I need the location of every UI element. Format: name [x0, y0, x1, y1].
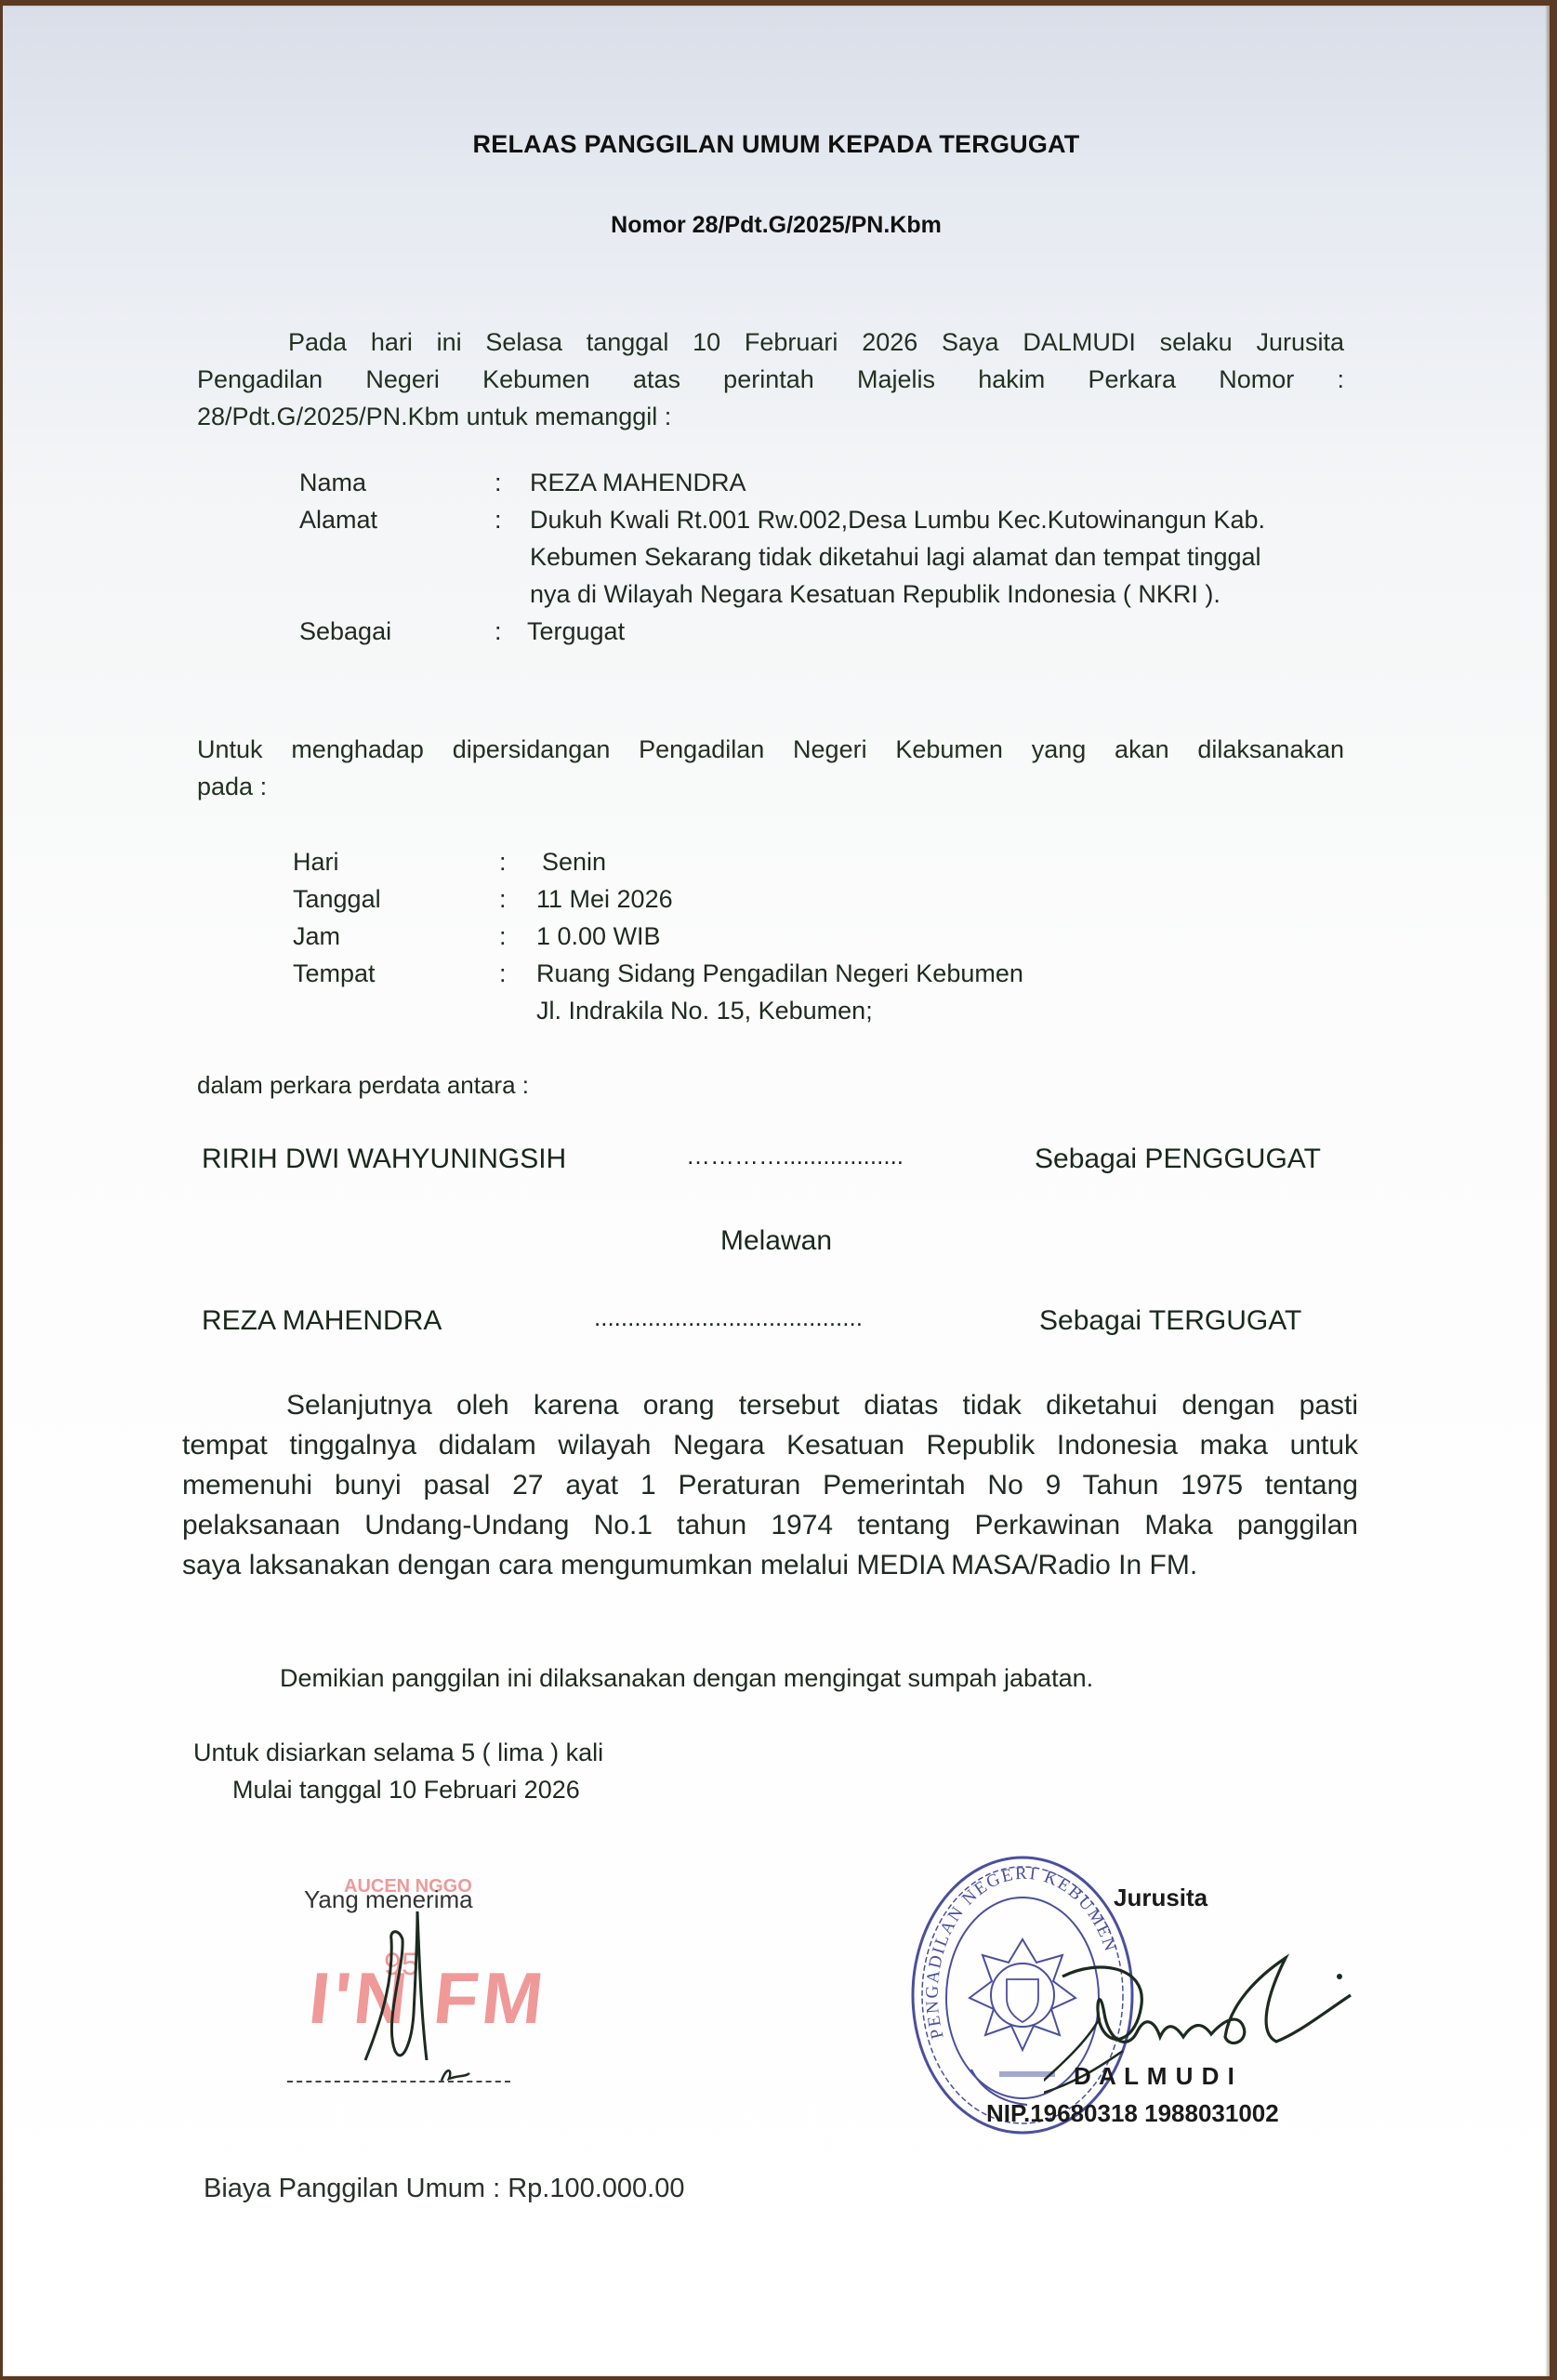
value-tanggal: 11 Mei 2026	[536, 885, 673, 914]
value-tempat-line: Ruang Sidang Pengadilan Negeri Kebumen	[536, 959, 1023, 988]
broadcast-start: Mulai tanggal 10 Februari 2026	[232, 1776, 580, 1805]
body-line: saya laksanakan dengan cara mengumumkan …	[182, 1545, 1197, 1585]
closing-statement: Demikian panggilan ini dilaksanakan deng…	[280, 1664, 1093, 1693]
value-sebagai: Tergugat	[527, 617, 625, 646]
hearing-intro-line: pada :	[197, 768, 267, 806]
receiver-signature-icon	[337, 1902, 486, 2088]
colon: :	[499, 922, 507, 951]
label-hari: Hari	[293, 848, 339, 877]
body-line: memenuhi bunyi pasal 27 ayat 1 Peraturan…	[182, 1465, 1358, 1505]
body-line: pelaksanaan Undang-Undang No.1 tahun 197…	[182, 1505, 1358, 1545]
colon: :	[495, 617, 502, 646]
label-tanggal: Tanggal	[293, 885, 381, 914]
document-page: RELAAS PANGGILAN UMUM KEPADA TERGUGAT No…	[3, 6, 1550, 2376]
plaintiff-name: RIRIH DWI WAHYUNINGSIH	[202, 1144, 566, 1175]
colon: :	[495, 506, 502, 535]
opening-line: Pengadilan Negeri Kebumen atas perintah …	[197, 361, 1344, 399]
defendant-name: REZA MAHENDRA	[202, 1305, 442, 1337]
value-tempat-line: Jl. Indrakila No. 15, Kebumen;	[536, 997, 873, 1025]
broadcast-count: Untuk disiarkan selama 5 ( lima ) kali	[193, 1739, 603, 1767]
colon: :	[495, 469, 502, 497]
defendant-dots: ........................................	[594, 1303, 863, 1332]
hearing-intro-line: Untuk menghadap dipersidangan Pengadilan…	[197, 731, 1344, 769]
label-jam: Jam	[293, 922, 340, 951]
colon: :	[499, 848, 507, 877]
plaintiff-role: Sebagai PENGGUGAT	[1035, 1144, 1321, 1175]
defendant-role: Sebagai TERGUGAT	[1039, 1305, 1301, 1337]
officer-label: Jurusita	[1114, 1884, 1207, 1912]
value-alamat-line: Dukuh Kwali Rt.001 Rw.002,Desa Lumbu Kec…	[530, 506, 1265, 535]
value-nama: REZA MAHENDRA	[530, 469, 746, 497]
plaintiff-dots: …………..................	[686, 1142, 904, 1170]
document-title: RELAAS PANGGILAN UMUM KEPADA TERGUGAT	[3, 130, 1550, 159]
opening-line: 28/Pdt.G/2025/PN.Kbm untuk memanggil :	[197, 398, 671, 436]
officer-nip: NIP.19680318 1988031002	[986, 2099, 1279, 2128]
label-nama: Nama	[299, 469, 366, 497]
case-number: Nomor 28/Pdt.G/2025/PN.Kbm	[3, 212, 1550, 239]
colon: :	[499, 959, 507, 988]
colon: :	[499, 885, 507, 914]
label-alamat: Alamat	[299, 506, 377, 535]
body-line: tempat tinggalnya didalam wilayah Negara…	[182, 1425, 1358, 1465]
value-alamat-line: Kebumen Sekarang tidak diketahui lagi al…	[530, 543, 1261, 572]
label-sebagai: Sebagai	[299, 617, 391, 646]
value-alamat-line: nya di Wilayah Negara Kesatuan Republik …	[530, 580, 1221, 609]
body-line: Selanjutnya oleh karena orang tersebut d…	[286, 1385, 1358, 1425]
opening-line: Pada hari ini Selasa tanggal 10 Februari…	[288, 324, 1344, 362]
value-jam: 1 0.00 WIB	[536, 922, 661, 951]
value-hari: Senin	[542, 848, 606, 877]
label-tempat: Tempat	[293, 959, 376, 988]
officer-name: D A L M U D I	[1074, 2062, 1235, 2091]
case-intro: dalam perkara perdata antara :	[197, 1071, 529, 1100]
summons-fee: Biaya Panggilan Umum : Rp.100.000.00	[204, 2174, 684, 2204]
versus-label: Melawan	[3, 1225, 1550, 1257]
receiver-signature-line	[287, 2081, 510, 2082]
